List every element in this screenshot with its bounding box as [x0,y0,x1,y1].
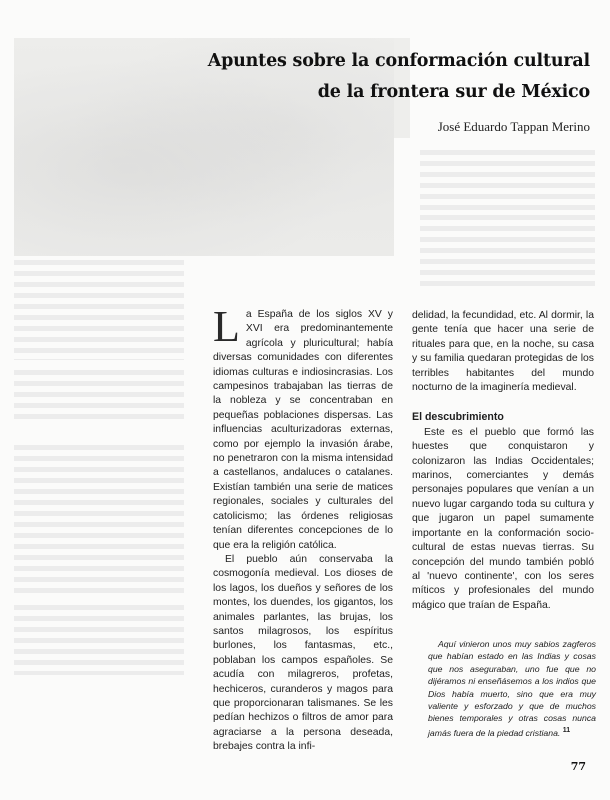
article-author: José Eduardo Tappan Merino [438,119,590,135]
bleed-through-text [420,150,595,210]
block-quote: Aquí vinieron unos muy sabios zagferos q… [428,638,596,739]
paragraph: delidad, la fecundidad, etc. Al dormir, … [412,309,594,395]
bleed-through-text [420,215,595,290]
left-column: La España de los siglos XV y XVI era pre… [213,308,393,755]
quote-text: Aquí vinieron unos muy sabios zagferos q… [428,639,596,738]
paragraph: El pueblo aún conservaba la cosmogonía m… [213,553,393,755]
paragraph-text: a España de los siglos XV y XVI era pred… [213,309,393,551]
footnote-reference: 11 [563,727,570,734]
paragraph: Este es el pueblo que formó las huestes … [412,426,594,613]
drop-cap: L [213,310,240,344]
bleed-through-text [14,370,184,420]
page-number: 77 [571,760,586,773]
article-title: Apuntes sobre la conformación cultural d… [200,46,590,108]
document-page: Apuntes sobre la conformación cultural d… [0,0,610,800]
bleed-through-text [14,445,184,595]
right-column: delidad, la fecundidad, etc. Al dormir, … [412,309,594,613]
section-heading: El descubrimiento [412,410,594,424]
bleed-through-text [14,260,184,360]
bleed-through-text [14,605,184,675]
opening-paragraph: La España de los siglos XV y XVI era pre… [213,308,393,553]
